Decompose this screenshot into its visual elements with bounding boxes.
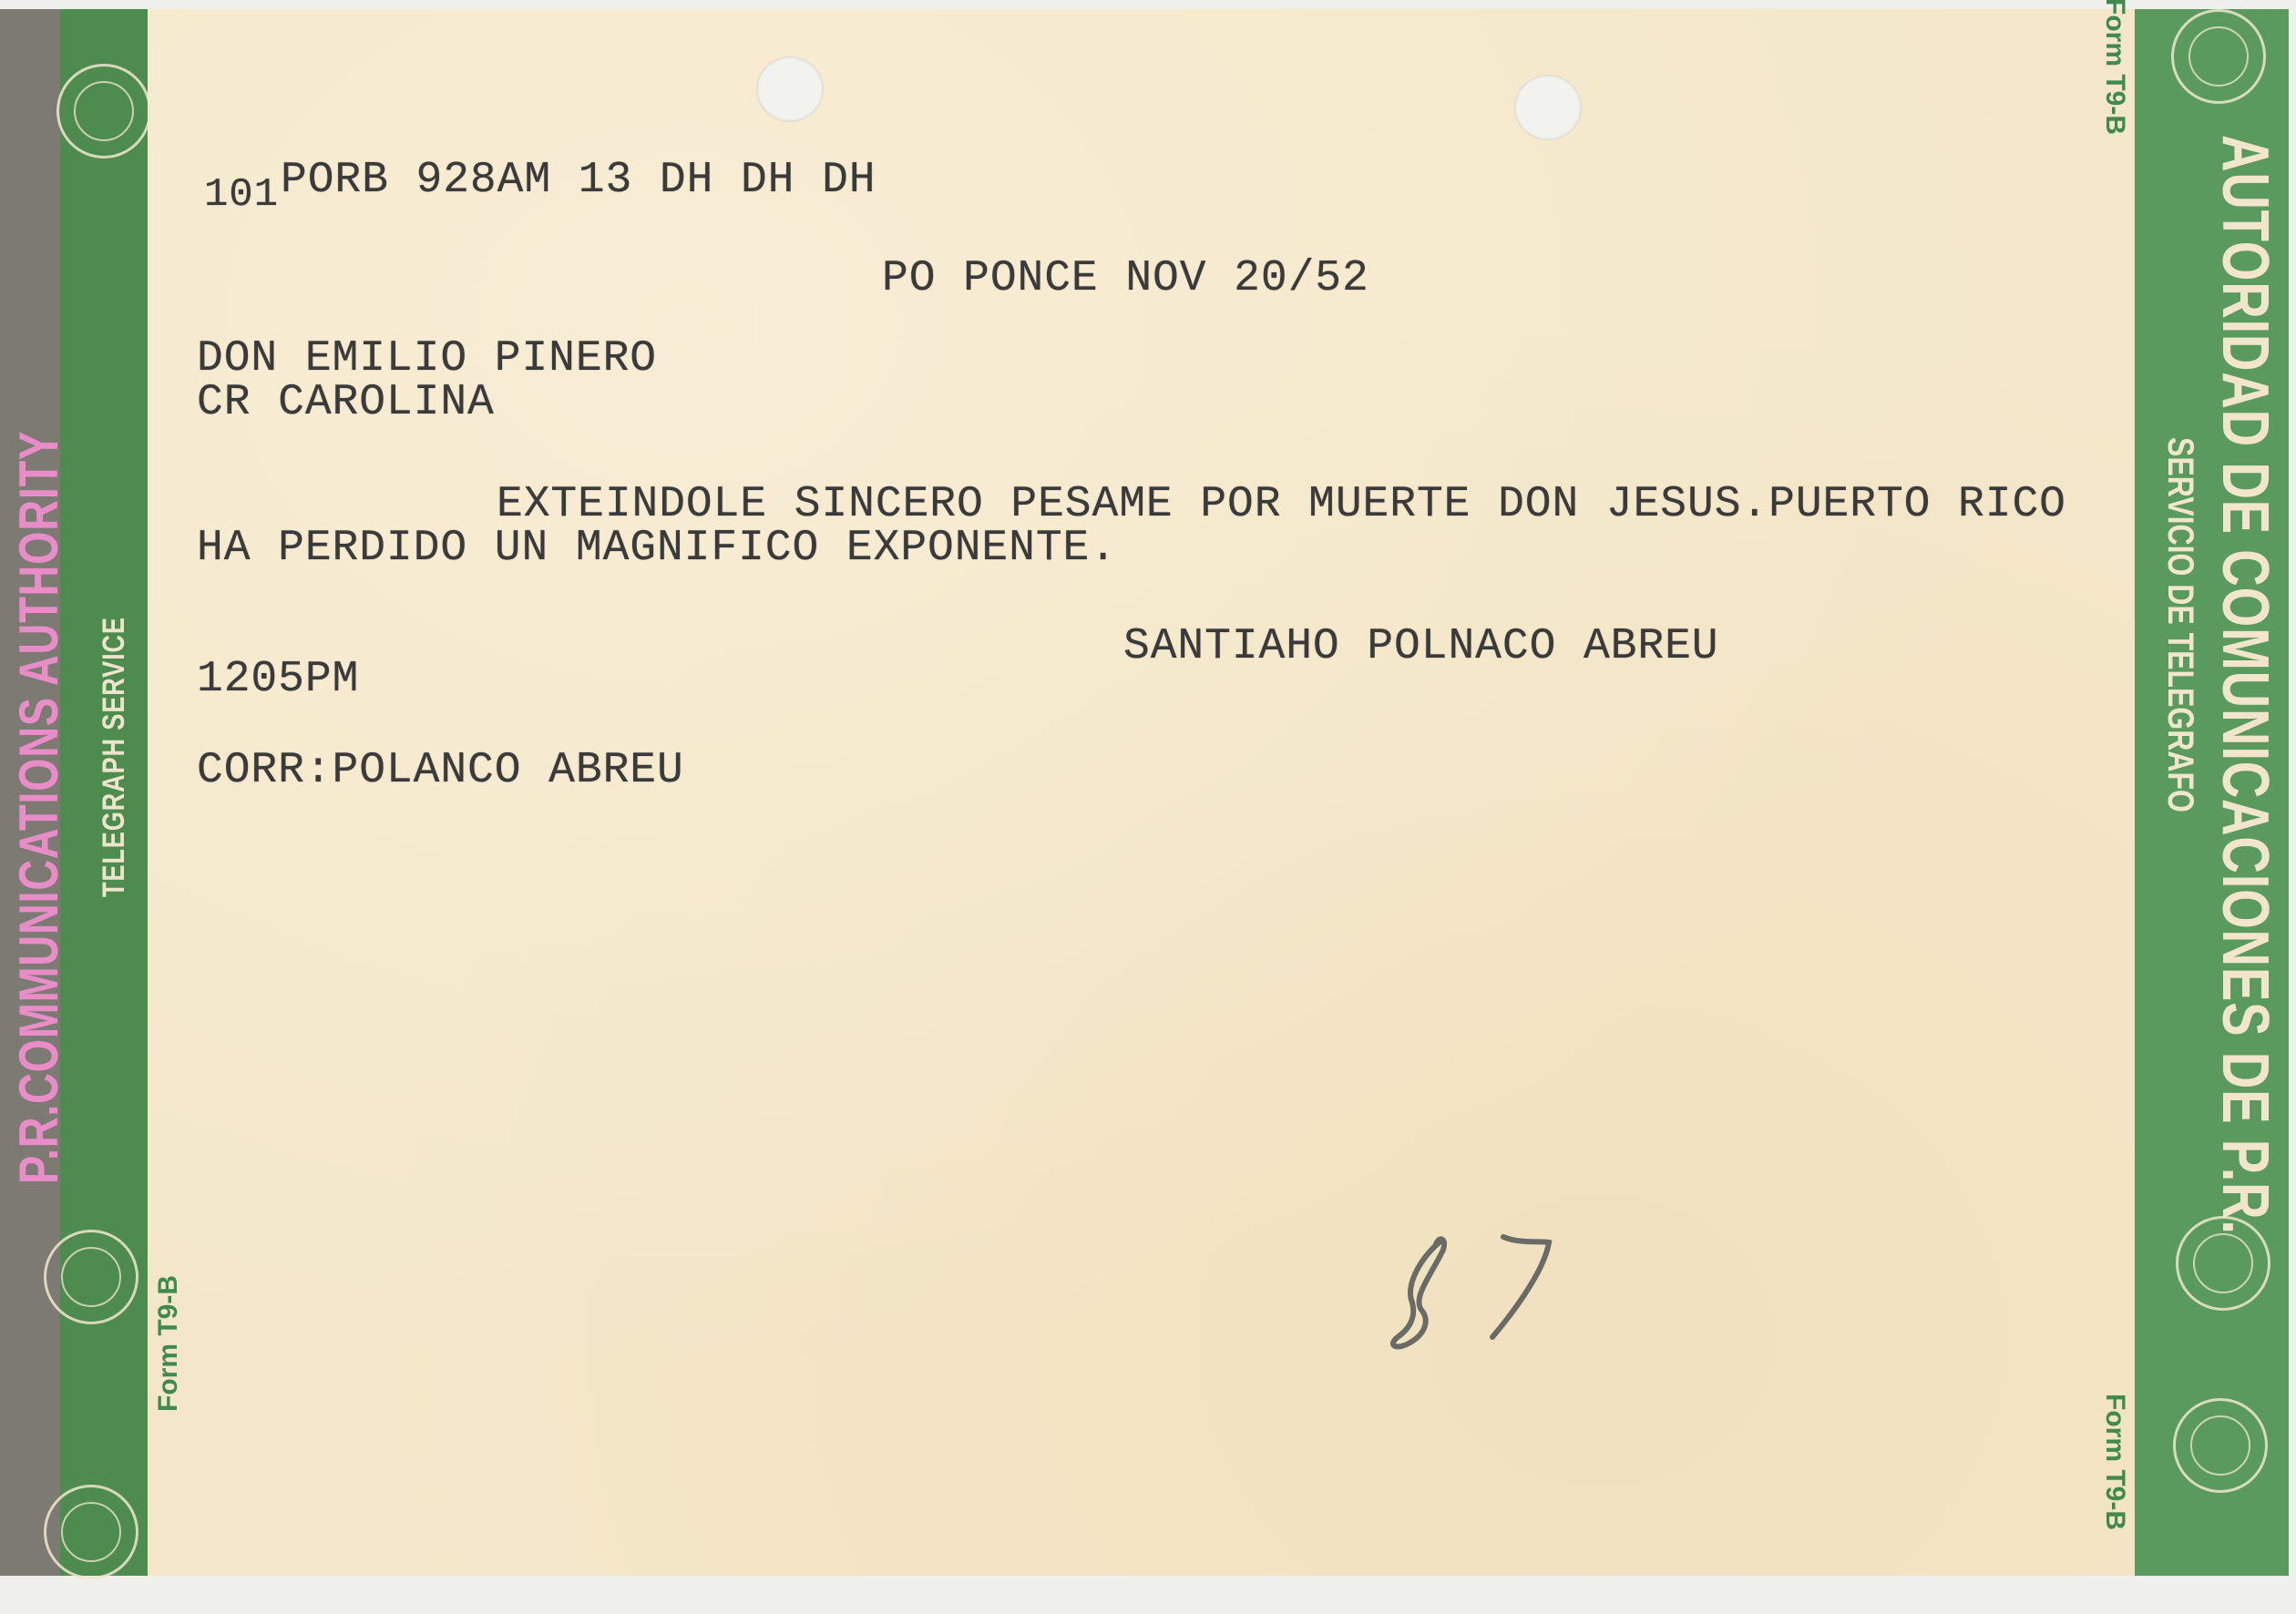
received-time: 1205PM [197,658,359,701]
message-number: 101 [204,175,279,215]
seal-icon [56,64,151,158]
punch-hole [756,56,824,122]
authority-name-spanish: AUTORIDAD DE COMUNICACIONES DE P.R. [2208,135,2282,1235]
authority-name-english: P.R.COMMUNICATIONS AUTHORITY [7,431,70,1184]
handwritten-page-number: 87 [1385,1230,1585,1357]
recipient-name: DON EMILIO PINERO [197,337,657,381]
recipient-location: CR CAROLINA [197,381,495,424]
service-name-spanish: SERVICIO DE TELEGRAFO [2159,437,2200,812]
seal-icon [44,1485,138,1579]
origin-date: PO PONCE NOV 20/52 [882,257,1369,301]
body-line-1: EXTEINDOLE SINCERO PESAME POR MUERTE DON… [497,483,2066,526]
form-number-right-bottom: Form T9-B [2099,1394,2130,1530]
body-line-2: HA PERDIDO UN MAGNIFICO EXPONENTE. [197,526,1117,570]
punch-hole [1514,75,1582,140]
signature: SANTIAHO POLNACO ABREU [1123,625,1719,669]
seal-icon [44,1230,138,1324]
service-name-english: TELEGRAPH SERVICE [97,617,132,897]
telegram-form: P.R.COMMUNICATIONS AUTHORITY TELEGRAPH S… [0,9,2289,1576]
correction-note: CORR:POLANCO ABREU [197,749,684,792]
form-number-right-top: Form T9-B [2099,0,2130,135]
seal-icon [2173,1398,2268,1493]
header-line: PORB 928AM 13 DH DH DH [281,158,876,202]
seal-icon [2171,9,2266,104]
form-number-left: Form T9-B [153,1275,184,1412]
